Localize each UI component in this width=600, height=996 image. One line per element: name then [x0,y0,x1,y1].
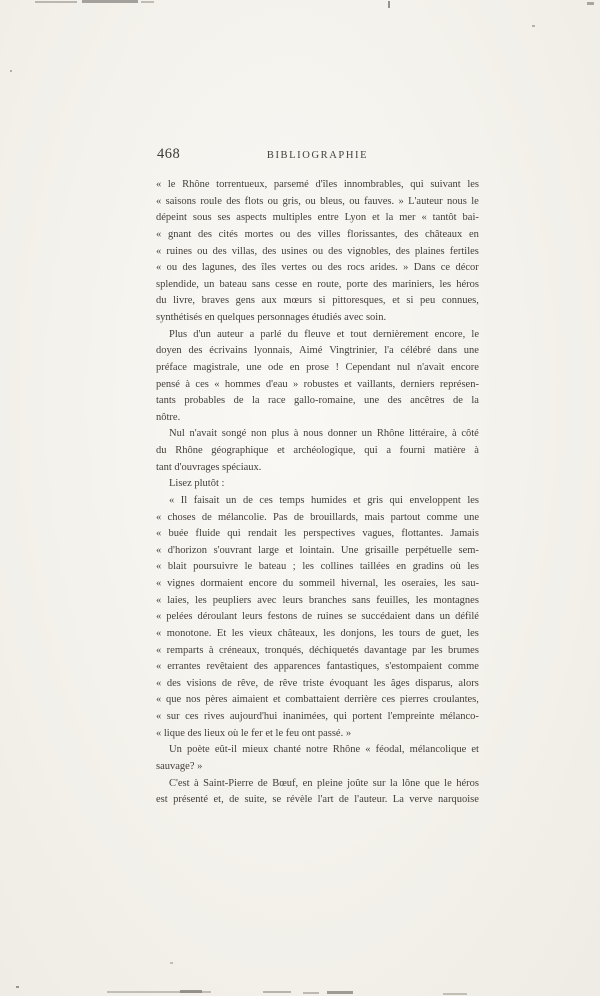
text-line: «monotone.Etlesvieuxchâteaux,lesdonjons,… [156,626,479,643]
text-line: « lique des lieux où le fer et le feu on… [156,726,479,743]
text-line: C'estàSaint-PierredeBœuf,enpleinejoûtesu… [156,776,479,793]
text-line: Unpoèteeût-ilmieuxchanténotreRhône«féoda… [156,742,479,759]
text-line: Nuln'avaitsongénonplusànousdonnerunRhône… [156,426,479,443]
text-line: «saisonsrouledesflotsougris,oubleus,oufa… [156,194,479,211]
scan-artifact [388,1,390,8]
scan-artifact [587,2,594,5]
text-line: «Ilfaisaitundecestempshumidesetgrisquien… [156,493,479,510]
text-line: «rempartsàcréneaux,tronqués,déchiquetésd… [156,643,479,660]
text-line: tantsprobablesdelaracegallo-romaine,uned… [156,393,479,410]
scan-artifact [82,0,138,3]
text-line: splendide,unbateausanscesseenroute,porte… [156,277,479,294]
text-line: «errantesrevêtaientdesapparencesfantasti… [156,659,479,676]
text-line: duRhônegéographiqueetarchéologique,quiaf… [156,443,479,460]
text-line: préfacemagistrale,uneodeenprose!Cependan… [156,360,479,377]
scan-artifact [35,1,77,3]
text-line: «ruinesoudesvillas,desusinesoudesvignobl… [156,244,479,261]
scan-artifact [263,991,291,993]
scan-artifact [532,25,535,27]
text-line: Lisez plutôt : [156,476,479,493]
scan-artifact [303,992,319,994]
text-line: «buéefluidequirendaitlesperspectivesvagu… [156,526,479,543]
text-line: dulivre,bravesgensauxmœurssipittoresques… [156,293,479,310]
scan-artifact [10,70,12,72]
scan-artifact [180,990,202,993]
text-line: «gnantdescitésmortesoudesvillesflorissan… [156,227,479,244]
text-line: «quenospèresaimaientetcombattaientderriè… [156,692,479,709]
text-line: «desvisionsderêve,derêvetristeévoquantle… [156,676,479,693]
text-line: «blaitpoursuivrelebateau;lescollinestail… [156,559,479,576]
scan-artifact [16,986,19,988]
scan-artifact [327,991,353,994]
running-title: BIBLIOGRAPHIE [156,150,479,161]
text-line: «leRhônetorrentueux,parseméd'îlesinnombr… [156,177,479,194]
text-line: tant d'ouvrages spéciaux. [156,460,479,477]
text-line: synthétisés en quelques personnages étud… [156,310,479,327]
text-line: sauvage? » [156,759,479,776]
text-line: «oudeslagunes,desîlesvertesoudesrocsarid… [156,260,479,277]
scan-artifact [141,1,154,3]
scan-artifact [170,962,173,964]
text-line: nôtre. [156,410,479,427]
text-line: «surcesrivesaujourd'huiinanimées,quiport… [156,709,479,726]
text-line: «vignesdormaientencoredusommeilhivernal,… [156,576,479,593]
book-page: 468 BIBLIOGRAPHIE «leRhônetorrentueux,pa… [0,0,600,996]
text-line: penséàces«hommesd'eau»robustesetvaillant… [156,377,479,394]
text-line: estprésentéet,desuite,serévèlel'artdel'a… [156,792,479,809]
text-line: Plusd'unauteuraparlédufleuveettoutderniè… [156,327,479,344]
text-line: «d'horizons'ouvrantlargeetlointain.Unegr… [156,543,479,560]
body-text: «leRhônetorrentueux,parseméd'îlesinnombr… [156,177,479,809]
text-line: «laies,lespeupliersavecleursbranchessans… [156,593,479,610]
scan-artifact [107,991,211,993]
text-line: «peléesdéroulantleursfestonsderuinessesu… [156,609,479,626]
text-line: dépeintsoussesaspectsmultiplesentreLyone… [156,210,479,227]
text-line: «chosesdemélancolie.Pasdebrouillards,mai… [156,510,479,527]
scan-artifact [443,993,467,995]
text-line: doyendesécrivainslyonnais,AiméVingtrinie… [156,343,479,360]
